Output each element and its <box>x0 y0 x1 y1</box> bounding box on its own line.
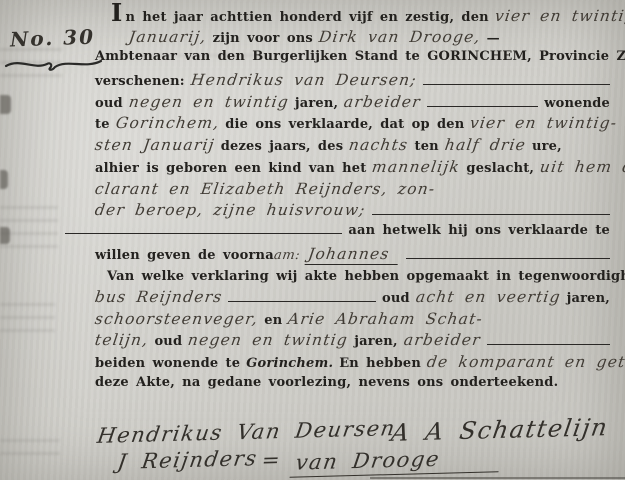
printed-segment: aan hetwelk hij ons verklaarde te <box>348 223 610 238</box>
handwritten-birth-month: sten Januarij <box>94 136 216 154</box>
act-line-12: willen geven de voorna am: Johannes <box>95 245 610 267</box>
handwritten-witness1-age: acht en veertig <box>415 288 562 306</box>
handwritten-witness1-name-end: bus Reijnders <box>94 288 224 306</box>
act-line-06: te Gorinchem, die ons verklaarde, dat op… <box>95 114 610 136</box>
act-line-07: sten Januarij dezes jaars, des nachts te… <box>95 136 610 158</box>
printed-segment: willen geven de voorna <box>95 248 274 263</box>
handwritten-mother-occupation: der beroep, zijne huisvrouw; <box>94 201 367 219</box>
act-line-03: Ambtenaar van den Burgerlijken Stand te … <box>95 49 610 71</box>
bleed-through-smudge <box>0 295 55 337</box>
signature-declarant: Hendrikus Van Deursen <box>96 416 398 448</box>
printed-segment: oud <box>154 334 182 349</box>
handwritten-declarant-name: Hendrikus van Deursen; <box>190 71 418 89</box>
handwritten-witness2-name-start: Arie Abraham Schat- <box>287 310 485 328</box>
handwritten-birth-day: vier en twintig- <box>469 114 619 132</box>
printed-segment: En hebben <box>339 356 421 371</box>
printed-segment: alhier is geboren een kind van het <box>95 161 366 176</box>
handwritten-parent-clause: uit hem de- <box>539 158 625 176</box>
scanned-birth-record: No. 30 I n het jaar achttien honderd vij… <box>0 0 625 480</box>
handwritten-age: negen en twintig <box>128 93 291 111</box>
act-line-02: Januarij, zijn voor ons Dirk van Drooge,… <box>95 28 610 50</box>
act-line-09: clarant en Elizabeth Reijnders, zon- <box>95 180 610 202</box>
handwritten-signers-clause: de komparant en getuigen <box>426 353 625 371</box>
signature-witness-schattelijn: A A Schattelijn <box>389 413 610 447</box>
handwritten-witness1-occupation: schoorsteenveger, <box>94 310 260 328</box>
act-body: I n het jaar achttien honderd vijf en ze… <box>95 6 610 396</box>
binding-edge-mark <box>0 227 10 244</box>
act-number: No. 30 <box>10 25 96 52</box>
printed-segment: en <box>264 313 282 328</box>
bleed-through-smudge <box>0 438 60 460</box>
act-line-08: alhier is geboren een kind van het manne… <box>95 158 610 180</box>
blank-fill-rule <box>228 296 376 302</box>
act-line-11: aan hetwelk hij ons verklaarde te <box>65 223 610 245</box>
act-line-01: I n het jaar achttien honderd vijf en ze… <box>95 6 610 28</box>
handwritten-witness2-occupation: arbeider <box>402 331 481 349</box>
printed-segment: oud <box>382 291 410 306</box>
printed-segment: jaren, <box>295 96 338 111</box>
handwritten-registrar-name: Dirk van Drooge, <box>318 28 482 46</box>
act-line-14: bus Reijnders oud acht en veertig jaren, <box>95 288 610 310</box>
printed-segment: Van welke verklaring wij akte hebben opg… <box>107 269 625 284</box>
drop-initial: I <box>111 6 122 20</box>
handwritten-daypart: nachts <box>348 136 410 154</box>
printed-segment: n het jaar achttien honderd vijf en zest… <box>125 10 488 25</box>
blank-fill-rule <box>372 209 610 215</box>
blank-fill-rule <box>65 228 342 234</box>
printed-segment: verschenen: <box>95 74 185 89</box>
act-line-15: schoorsteenveger, en Arie Abraham Schat- <box>95 310 610 332</box>
handwritten-gender: mannelijk <box>371 158 462 176</box>
printed-segment: geslacht, <box>466 161 534 176</box>
printed-segment: Ambtenaar van den Burgerlijken Stand te … <box>95 49 625 64</box>
act-number-flourish <box>4 56 104 74</box>
act-line-18: deze Akte, na gedane voorlezing, nevens … <box>95 375 610 397</box>
handwritten-residence: Gorinchem, <box>114 114 220 132</box>
handwritten-occupation: arbeider <box>343 93 422 111</box>
blank-fill-rule <box>406 253 610 259</box>
blank-fill-rule <box>423 79 610 85</box>
signature-witness-reijnders: J Reijnders <box>116 446 259 474</box>
signature-equals-mark: = <box>260 448 283 472</box>
printed-town-name: Gorinchem. <box>246 356 333 371</box>
printed-segment: beiden wonende te <box>95 356 240 371</box>
handwritten-name-suffix: am: <box>273 248 301 263</box>
act-line-17: beiden wonende te Gorinchem. En hebben d… <box>95 353 610 375</box>
printed-segment: ure, <box>532 139 562 154</box>
signature-registrar: van Drooge <box>290 445 503 477</box>
printed-segment: jaren, <box>354 334 397 349</box>
printed-segment: jaren, <box>567 291 610 306</box>
handwritten-child-firstname: Johannes <box>305 245 401 265</box>
act-line-10: der beroep, zijne huisvrouw; <box>95 201 610 223</box>
act-line-05: oud negen en twintig jaren, arbeider won… <box>95 93 610 115</box>
printed-segment: te <box>95 117 110 132</box>
blank-fill-rule <box>427 101 538 107</box>
act-line-13: Van welke verklaring wij akte hebben opg… <box>95 266 610 288</box>
printed-segment: oud <box>95 96 123 111</box>
printed-segment: dezes jaars, des <box>221 139 344 154</box>
handwritten-month: Januarij, <box>128 28 208 46</box>
printed-segment: zijn voor ons <box>213 31 313 46</box>
printed-segment: wonende <box>544 96 610 111</box>
handwritten-date-day: vier en twintigsten, <box>494 7 625 25</box>
binding-edge-mark <box>0 170 8 189</box>
printed-segment: die ons verklaarde, dat op den <box>225 117 464 132</box>
handwritten-witness2-age: negen en twintig <box>187 331 350 349</box>
handwritten-mother-name: clarant en Elizabeth Reijnders, zon- <box>94 180 437 198</box>
handwritten-witness2-name-end: telijn, <box>94 331 150 349</box>
printed-segment: ten <box>415 139 439 154</box>
act-line-04: verschenen: Hendrikus van Deursen; <box>95 71 610 93</box>
act-line-16: telijn, oud negen en twintig jaren, arbe… <box>95 331 610 353</box>
blank-fill-rule <box>487 339 611 345</box>
dash-mark: — <box>487 31 500 46</box>
page-edge-line <box>370 477 625 479</box>
printed-segment: deze Akte, na gedane voorlezing, nevens … <box>95 375 558 390</box>
handwritten-birth-hour: half drie <box>444 136 528 154</box>
binding-edge-mark <box>0 95 11 114</box>
